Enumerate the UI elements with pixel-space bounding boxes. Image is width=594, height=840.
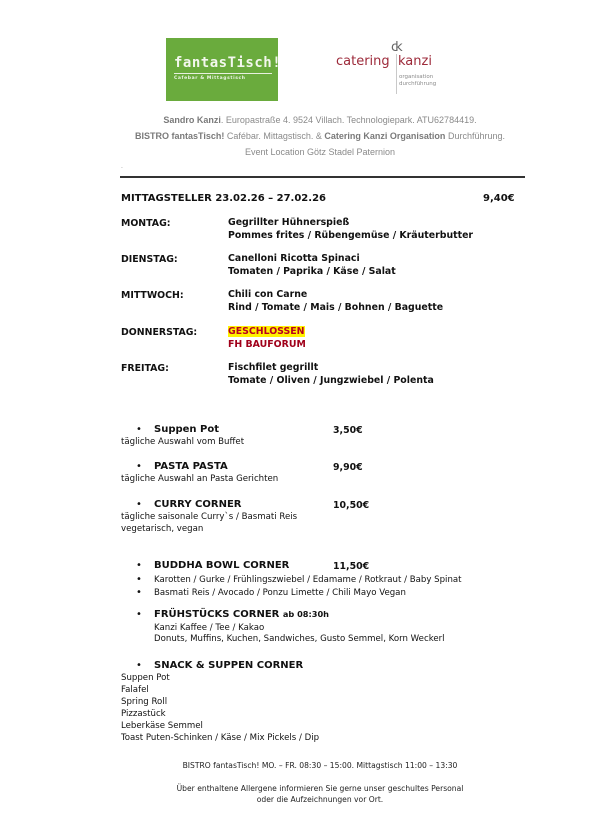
logo-word-catering: catering [336, 54, 390, 69]
logo-word-kanzi: kanzi [398, 54, 432, 69]
header-business: BISTRO fantasTisch! Cafébar. Mittagstisc… [100, 131, 540, 141]
breakfast-drinks: Kanzi Kaffee / Tee / Kakao [154, 623, 264, 633]
logo-divider [396, 54, 397, 94]
snack-item: Toast Puten-Schinken / Käse / Mix Pickel… [121, 733, 319, 743]
closed-notice: GESCHLOSSEN [228, 326, 305, 337]
header-address: Sandro Kanzi. Europastraße 4. 9524 Villa… [100, 115, 540, 125]
dish-main: Chili con Carne [228, 289, 443, 302]
day-label: FREITAG: [121, 363, 169, 374]
fantastisch-logo: fantasTisch! Cafebar & Mittagstisch [166, 38, 278, 101]
corner-name: SNACK & SUPPEN CORNER [154, 660, 303, 671]
dish: Chili con Carne Rind / Tomate / Mais / B… [228, 289, 443, 314]
dish-sides: Rind / Tomate / Mais / Bohnen / Baguette [228, 302, 443, 315]
day-label: MITTWOCH: [121, 290, 184, 301]
corner-price: 10,50€ [333, 500, 369, 511]
corner-desc-2: vegetarisch, vegan [121, 524, 203, 534]
corner-name: CURRY CORNER [154, 499, 241, 510]
corner-name: BUDDHA BOWL CORNER [154, 560, 289, 571]
bullet-icon: • [136, 609, 142, 620]
bullet-icon: • [136, 461, 142, 472]
corner-title: FRÜHSTÜCKS CORNER [154, 609, 279, 620]
logo-name: fantasTisch! [174, 55, 281, 71]
bistro-name: BISTRO fantasTisch! [135, 131, 224, 141]
dish-sides: Pommes frites / Rübengemüse / Kräuterbut… [228, 230, 473, 243]
bullet-icon: • [136, 587, 142, 598]
ingredients-line: Basmati Reis / Avocado / Ponzu Limette /… [154, 588, 406, 598]
dish-main: Canelloni Ricotta Spinaci [228, 253, 396, 266]
corner-price: 11,50€ [333, 561, 369, 572]
mittagsteller-price: 9,40€ [483, 193, 515, 204]
day-label: DIENSTAG: [121, 254, 178, 265]
corner-name: FRÜHSTÜCKS CORNER ab 08:30h [154, 609, 329, 620]
owner-name: Sandro Kanzi [163, 115, 221, 125]
corner-desc: tägliche Auswahl vom Buffet [121, 437, 244, 447]
mittagsteller-title: MITTAGSTELLER 23.02.26 – 27.02.26 [121, 193, 326, 204]
day-label: DONNERSTAG: [121, 327, 197, 338]
day-label: MONTAG: [121, 218, 171, 229]
opening-hours: BISTRO fantasTisch! MO. – FR. 08:30 – 15… [100, 760, 540, 771]
bullet-icon: • [136, 660, 142, 671]
header-event-location: Event Location Götz Stadel Paternion [100, 147, 540, 157]
corner-desc: tägliche saisonale Curry`s / Basmati Rei… [121, 512, 297, 522]
breakfast-food: Donuts, Muffins, Kuchen, Sandwiches, Gus… [154, 634, 445, 644]
corner-name: PASTA PASTA [154, 461, 228, 472]
bullet-icon: • [136, 499, 142, 510]
corner-desc: tägliche Auswahl an Pasta Gerichten [121, 474, 278, 484]
logo-tagline: Cafebar & Mittagstisch [174, 76, 246, 81]
allergen-line2: oder die Aufzeichnungen vor Ort. [100, 794, 540, 805]
allergen-notice: Über enthaltene Allergene informieren Si… [100, 783, 540, 805]
catering-kanzi-logo: ck catering kanzi organisationdurchführu… [335, 40, 445, 102]
snack-item: Pizzastück [121, 709, 166, 719]
dish-main: Fischfilet gegrillt [228, 362, 434, 375]
logo-sub-line2: durchführung [399, 81, 436, 87]
catering-name: Catering Kanzi Organisation [324, 131, 445, 141]
ck-mark-icon: ck [391, 40, 400, 55]
snack-item: Leberkäse Semmel [121, 721, 203, 731]
closed-reason: FH BAUFORUM [228, 339, 306, 352]
bullet-icon: • [136, 574, 142, 585]
stray-dot: . [121, 163, 123, 170]
corner-name: Suppen Pot [154, 424, 219, 435]
bullet-icon: • [136, 424, 142, 435]
corner-price: 3,50€ [333, 425, 363, 436]
snack-item: Spring Roll [121, 697, 167, 707]
opening-time: ab 08:30h [283, 609, 329, 619]
dish: Canelloni Ricotta Spinaci Tomaten / Papr… [228, 253, 396, 278]
logo-sub-line1: organisation [399, 74, 433, 80]
address-text: . Europastraße 4. 9524 Villach. Technolo… [221, 115, 477, 125]
dish: Fischfilet gegrillt Tomate / Oliven / Ju… [228, 362, 434, 387]
snack-item: Suppen Pot [121, 673, 170, 683]
header-divider [120, 176, 525, 178]
catering-desc: Durchführung. [445, 131, 505, 141]
logo-subtitle: organisationdurchführung [399, 74, 436, 88]
dish-sides: Tomaten / Paprika / Käse / Salat [228, 266, 396, 279]
bullet-icon: • [136, 560, 142, 571]
dish-main: Gegrillter Hühnerspieß [228, 217, 473, 230]
logo-underline [174, 73, 272, 74]
corner-price: 9,90€ [333, 462, 363, 473]
snack-item: Falafel [121, 685, 149, 695]
dish-sides: Tomate / Oliven / Jungzwiebel / Polenta [228, 375, 434, 388]
bistro-desc: Cafébar. Mittagstisch. & [224, 131, 324, 141]
dish: Gegrillter Hühnerspieß Pommes frites / R… [228, 217, 473, 242]
ingredients-line: Karotten / Gurke / Frühlingszwiebel / Ed… [154, 575, 462, 585]
allergen-line1: Über enthaltene Allergene informieren Si… [100, 783, 540, 794]
dish: GESCHLOSSEN FH BAUFORUM [228, 326, 306, 351]
